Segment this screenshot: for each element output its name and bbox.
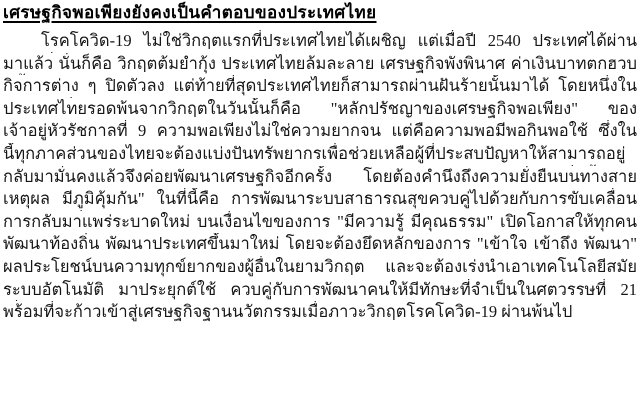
paragraph-line: พัฒนาท้องถิ่น พัฒนาประเทศขึ้นมาใหม่ โดยจ… bbox=[3, 233, 637, 256]
paragraph-line: ระบบอัตโนมัติ มาประยุกต์ใช้ ควบคู่กับการ… bbox=[3, 279, 637, 302]
document-title: เศรษฐกิจพอเพียงยังคงเป็นคำตอบของประเทศไท… bbox=[3, 2, 637, 24]
paragraph-line: พร้อมที่จะก้าวเข้าสู่เศรษฐกิจฐานนวัตกรรม… bbox=[3, 301, 637, 324]
document-paragraph: โรคโควิด-19 ไม่ใช่วิกฤตแรกที่ประเทศไทยได… bbox=[3, 30, 637, 324]
paragraph-line: นี้ทุกภาคส่วนของไทยจะต้องแบ่งปันทรัพยากร… bbox=[3, 143, 637, 166]
paragraph-line: กิจการต่าง ๆ ปิดตัวลง แต่ท้ายที่สุดประเท… bbox=[3, 75, 637, 98]
paragraph-line: การกลับมาแพร่ระบาดใหม่ บนเงื่อนไขของการ … bbox=[3, 211, 637, 234]
paragraph-line: เหตุผล มีภูมิคุ้มกัน" ในที่นี้คือ การพัฒ… bbox=[3, 188, 637, 211]
paragraph-line: ประเทศไทยรอดพ้นจากวิกฤตในวันนั้นก็คือ "ห… bbox=[3, 98, 637, 121]
paragraph-line: มาแล้ว นั่นก็คือ วิกฤตต้มยำกุ้ง ประเทศไท… bbox=[3, 53, 637, 76]
paragraph-line: ผลประโยชน์บนความทุกข์ยากของผู้อื่นในยามว… bbox=[3, 256, 637, 279]
paragraph-line: โรคโควิด-19 ไม่ใช่วิกฤตแรกที่ประเทศไทยได… bbox=[3, 30, 637, 53]
paragraph-line: กลับมามั่นคงแล้วจึงค่อยพัฒนาเศรษฐกิจอีกค… bbox=[3, 166, 637, 189]
paragraph-line: เจ้าอยู่หัวรัชกาลที่ 9 ความพอเพียงไม่ใช่… bbox=[3, 120, 637, 143]
document-page: เศรษฐกิจพอเพียงยังคงเป็นคำตอบของประเทศไท… bbox=[0, 0, 640, 395]
